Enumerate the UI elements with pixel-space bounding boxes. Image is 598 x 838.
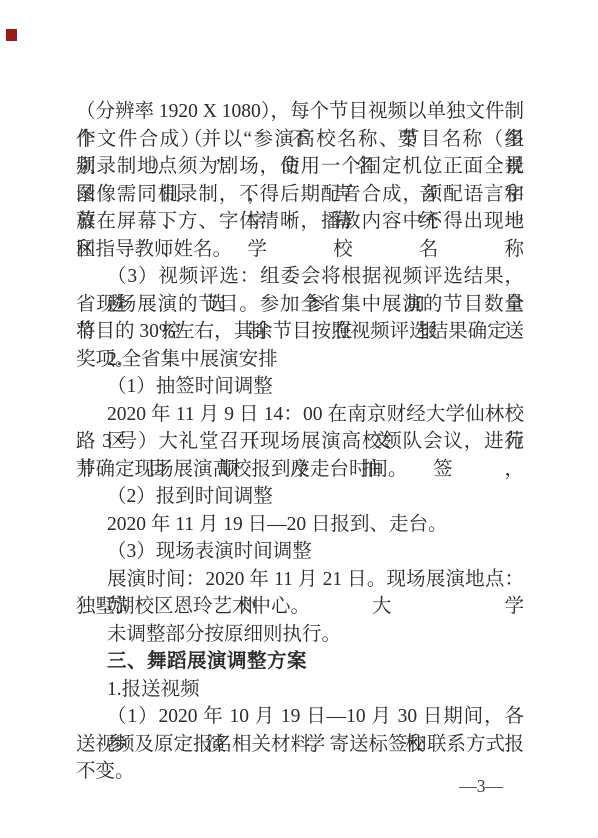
document-page: （分辨率 1920 X 1080），每个节目视频以单独文件制作（不要多个文件合成… [0,0,598,838]
document-line: 省现场展演的节目。参加全省集中展演的节目数量将控制在报送 [76,291,524,319]
document-line: 图像需同机录制，不得后期配音合成，须配语言字幕、字幕统一 [76,181,524,209]
document-line: 未调整部分按原细则执行。 [76,621,524,649]
document-line: 频录制地点须为剧场，使用一个固定机位正面全景录制，声音和 [76,153,524,181]
document-line: 放在屏幕下方、字体清晰，播放内容中不得出现地区、学校名称 [76,208,524,236]
red-stamp-mark [6,29,17,41]
document-line: 节目的 30%左右，其余节目按照视频评选结果确定奖项。 [76,318,524,346]
document-line: （3）视频评选：组委会将根据视频评选结果，遴选参加全 [76,263,524,291]
document-line: （1）2020 年 10 月 19 日—10 月 30 日期间，各参演学校报 [76,703,524,731]
document-line: 展演时间：2020 年 11 月 21 日。现场展演地点：苏州大学 [76,566,524,594]
document-line: 路 3 号）大礼堂召开现场展演高校领队会议，进行节目顺序抽签， [76,428,524,456]
document-line: 2.全省集中展演安排 [76,346,524,374]
document-line: 送视频及原定报名相关材料。寄送标签和联系方式不变。 [76,731,524,759]
document-line: （3）现场表演时间调整 [76,538,524,566]
document-line: 2020 年 11 月 9 日 14：00 在南京财经大学仙林校区（文苑 [76,401,524,429]
document-line: 1.报送视频 [76,676,524,704]
document-line: 三、舞蹈展演调整方案 [76,648,524,676]
document-line: （1）抽签时间调整 [76,373,524,401]
page-number: —3— [459,774,503,798]
document-body: （分辨率 1920 X 1080），每个节目视频以单独文件制作（不要多个文件合成… [76,98,524,758]
document-line: （2）报到时间调整 [76,483,524,511]
document-line: 2020 年 11 月 19 日—20 日报到、走台。 [76,511,524,539]
document-line: （分辨率 1920 X 1080），每个节目视频以单独文件制作（不要多 [76,98,524,126]
document-line: 个文件合成）并以“参演高校名称、节目名称（组别）”命名。视 [76,126,524,154]
